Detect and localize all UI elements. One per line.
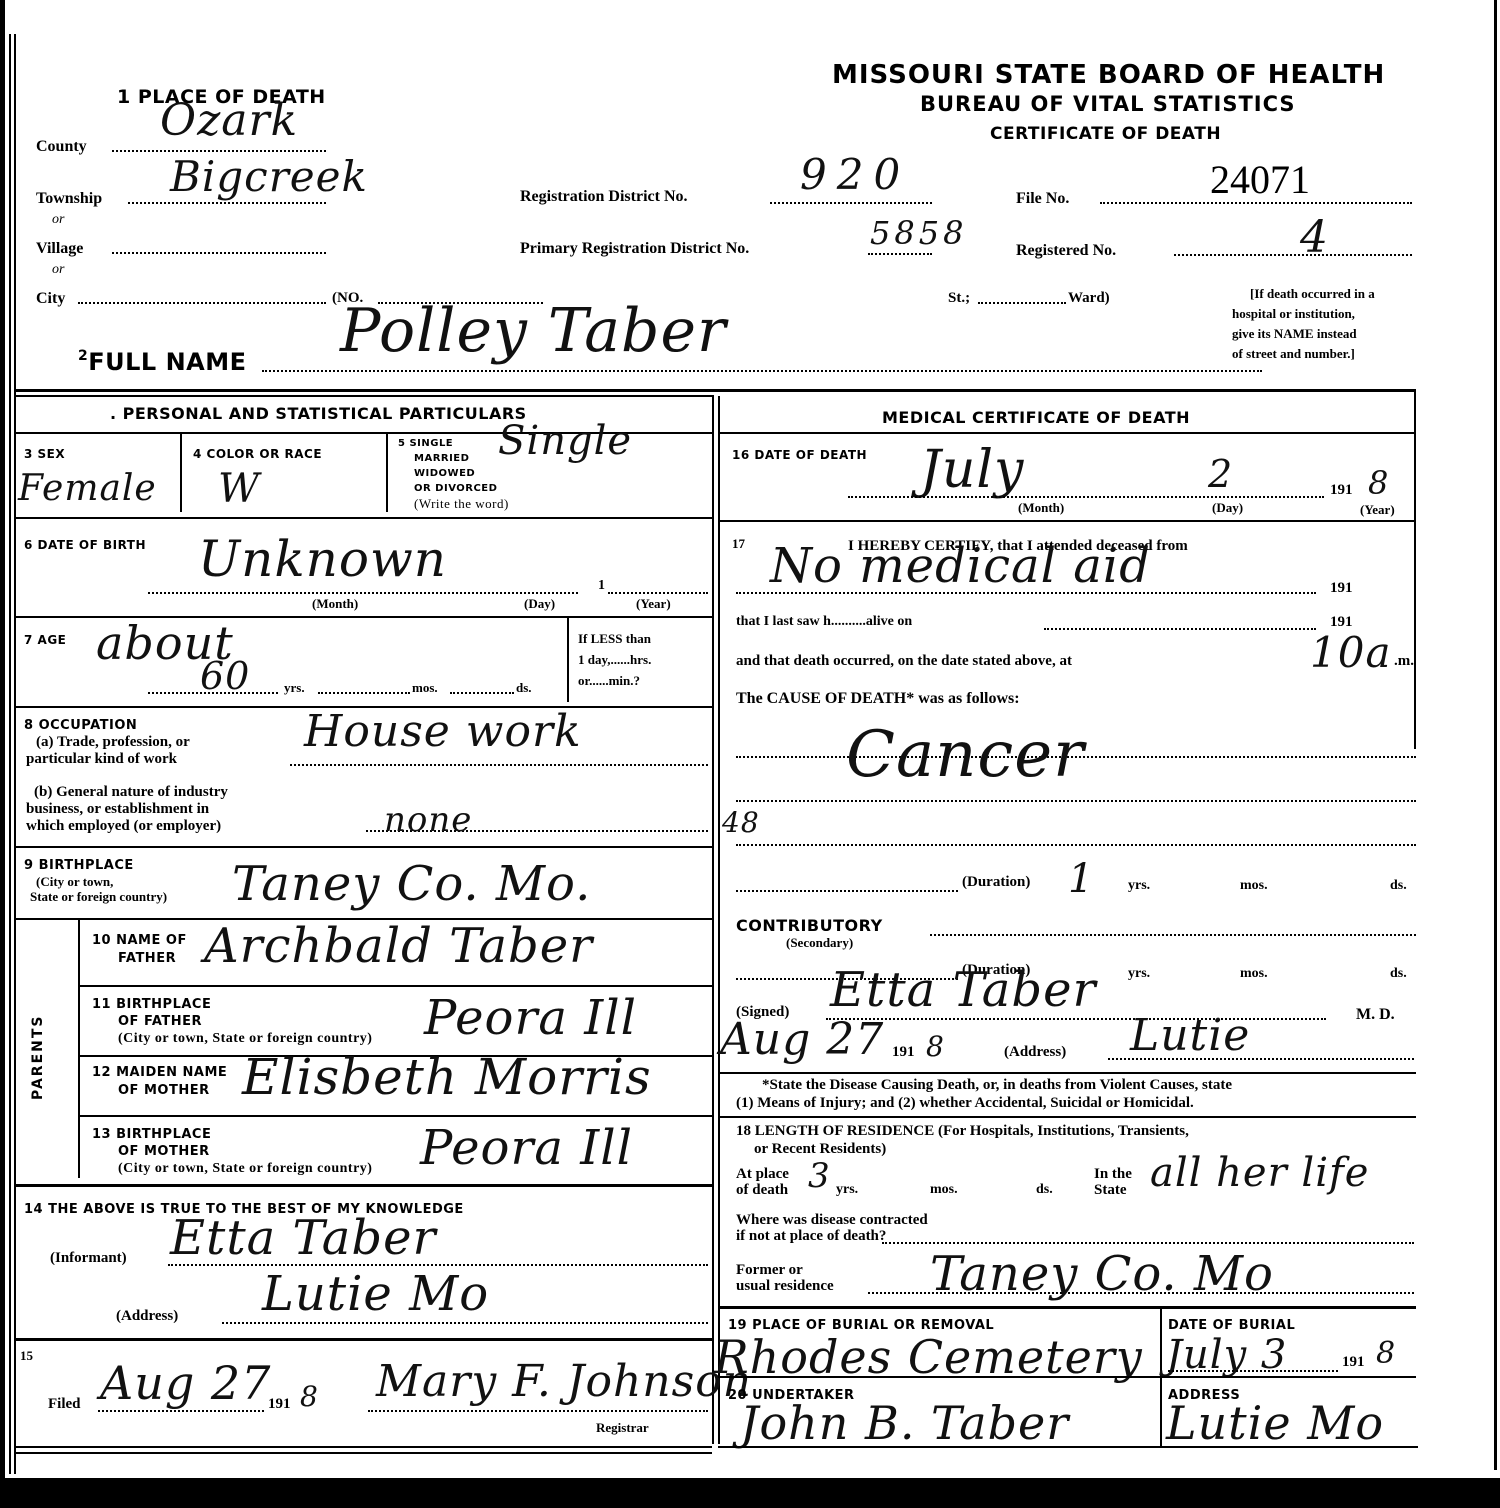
hospital-note-line: of street and number.] [1232,344,1417,364]
residence-label: 18 LENGTH OF RESIDENCE (For Hospitals, I… [736,1122,1189,1158]
occupation-a-line [290,764,708,766]
attended-value[interactable]: No medical aid [770,538,1151,594]
dob-line [148,592,578,594]
dob-value[interactable]: Unknown [198,530,447,588]
mother-birthplace-label: 13 BIRTHPLACE OF MOTHER (City or town, S… [92,1126,372,1177]
registered-no-line [1174,254,1412,256]
date-of-death-year[interactable]: 8 [1368,464,1389,502]
marital-option: 5 SINGLE [398,436,509,451]
divider-top [14,389,1414,392]
signed-value[interactable]: Etta Taber [830,962,1096,1018]
occupation-b-label: (b) General nature of industry business,… [26,784,228,835]
less-than-line: 1 day,......hrs. [578,649,651,670]
township-value[interactable]: Bigcreek [170,152,368,201]
race-value[interactable]: W [218,466,260,512]
full-name-number: 2 [78,348,88,364]
hospital-note: [If death occurred in a hospital or inst… [1232,284,1417,364]
bottom-divider-2 [14,1452,712,1454]
age-ds-line [450,692,514,694]
birthplace-label: 9 BIRTHPLACE [24,858,134,873]
registration-district-value[interactable]: 920 [800,150,910,199]
bottom-divider [14,1446,712,1448]
parents-label: PARENTS [30,1014,46,1100]
last-saw-text: that I last saw h..........alive on [736,614,912,630]
dob-year-caption: (Year) [636,596,671,612]
date-of-death-line [848,496,1324,498]
marital-label: 5 SINGLE MARRIED WIDOWED OR DIVORCED (Wr… [398,436,509,511]
cell-divider [180,432,182,512]
in-state-label-line: State [1094,1182,1132,1198]
cause-value[interactable]: Cancer [846,718,1085,792]
personal-section-title: . PERSONAL AND STATISTICAL PARTICULARS [110,404,527,423]
full-name-line [262,370,1262,372]
less-than-day: If LESS than 1 day,......hrs. or......mi… [578,628,651,691]
at-place-label: At place of death [736,1166,789,1198]
or-label-1: or [52,212,64,228]
duration-label: (Duration) [962,874,1030,891]
occupation-a-line: (a) Trade, profession, or [34,734,190,751]
father-birthplace-label-line: OF FATHER [92,1013,372,1030]
row-divider [718,520,1416,522]
registrar-line [368,1410,708,1412]
contributory-mos: mos. [1240,966,1268,982]
informant-label: (Informant) [50,1250,127,1267]
form-title: CERTIFICATE OF DEATH [990,124,1221,144]
row-divider [14,1338,712,1341]
cause-heading: The CAUSE OF DEATH* was as follows: [736,690,1020,708]
death-time-suffix: .m. [1394,653,1414,670]
death-year-caption: (Year) [1360,502,1395,518]
mother-birthplace-label-line: (City or town, State or foreign country) [92,1160,372,1177]
cell-divider [567,616,569,702]
registered-no-value[interactable]: 4 [1300,212,1329,263]
in-state-label-line: In the [1094,1166,1132,1182]
residence-label-line: 18 LENGTH OF RESIDENCE (For Hospitals, I… [736,1122,1189,1140]
race-label: 4 COLOR OR RACE [193,447,322,461]
in-state-label: In the State [1094,1166,1132,1198]
burial-date-line [1168,1370,1338,1372]
former-residence-label: Former or usual residence [736,1262,834,1294]
parents-divider [78,918,80,1178]
contributory-line [930,934,1416,936]
hospital-note-line: [If death occurred in a [1232,284,1417,304]
registrar-label: Registrar [596,1420,649,1436]
contributory-yrs: yrs. [1128,966,1150,982]
death-time-value[interactable]: 10a [1310,628,1391,677]
registration-district-line [770,202,932,204]
father-name-label-line: FATHER [92,950,187,968]
death-month-caption: (Month) [1018,500,1064,516]
scan-edge-left [0,0,5,1478]
street-label: St.; [948,290,970,307]
age-ds-caption: ds. [516,680,532,696]
occupation-a-label: (a) Trade, profession, or particular kin… [34,734,190,768]
mother-maiden-label-line: OF MOTHER [92,1082,227,1100]
father-birthplace-label-line: (City or town, State or foreign country) [92,1030,372,1047]
at-place-yrs: yrs. [836,1182,858,1198]
occupation-b-line: which employed (or employer) [26,818,228,835]
divider-top-2 [14,395,714,397]
scan-edge-right [1494,0,1497,1470]
city-label: City [36,290,65,308]
occupation-b-value[interactable]: none [384,800,472,840]
county-value[interactable]: Ozark [160,95,298,146]
contracted-label: Where was disease contracted if not at p… [736,1212,928,1244]
primary-registration-district-label: Primary Registration District No. [520,240,749,258]
registered-no-label: Registered No. [1016,242,1116,260]
date-of-death-month[interactable]: July [920,440,1024,500]
age-yrs-caption: yrs. [284,680,305,696]
attended-line [736,592,1316,594]
or-label-2: or [52,262,64,278]
date-of-death-label: 16 DATE OF DEATH [732,448,867,462]
cause-margin-note[interactable]: 48 [722,806,760,839]
file-no-label: File No. [1016,190,1069,208]
contributory-label: CONTRIBUTORY [736,916,883,935]
right-border [1414,389,1416,749]
at-place-mos: mos. [930,1182,958,1198]
occupation-b-line: (b) General nature of industry [26,784,228,801]
bottom-divider [718,1446,1418,1448]
birthplace-sub-line: (City or town, [30,874,167,889]
dob-day-caption: (Day) [524,596,555,612]
father-name-label: 10 NAME OF FATHER [92,932,187,968]
father-birthplace-label-line: 11 BIRTHPLACE [92,996,372,1013]
informant-address-label: (Address) [116,1308,178,1325]
last-saw-line [1044,628,1316,630]
row-divider [78,985,712,987]
at-place-ds: ds. [1036,1182,1053,1198]
sex-label: 3 SEX [24,447,65,461]
signed-line [826,1018,1326,1020]
undertaker-value[interactable]: John B. Taber [740,1396,1069,1450]
marital-instruction: (Write the word) [398,496,509,511]
cause-footnote-line: (1) Means of Injury; and (2) whether Acc… [736,1094,1232,1112]
father-birthplace-value[interactable]: Peora Ill [424,990,637,1046]
in-state-value[interactable]: all her life [1150,1150,1369,1196]
md-label: M. D. [1356,1006,1395,1024]
medical-address-value[interactable]: Lutie [1130,1010,1250,1061]
row-divider [718,1306,1416,1309]
column-divider [712,396,714,1444]
cause-line-3 [736,844,1416,846]
father-name-value[interactable]: Archbald Taber [204,918,593,974]
form-border-left [9,34,11,1474]
mother-birthplace-label-line: OF MOTHER [92,1143,372,1160]
father-birthplace-label: 11 BIRTHPLACE OF FATHER (City or town, S… [92,996,372,1047]
sex-value[interactable]: Female [18,468,157,509]
signed-year-prefix: 191 [892,1044,915,1061]
full-name-value[interactable]: Polley Taber [340,296,727,366]
dob-label: 6 DATE OF BIRTH [24,538,146,552]
occupation-a-line: particular kind of work [26,751,190,768]
signed-date-value[interactable]: Aug 27 [720,1014,884,1065]
mother-maiden-value[interactable]: Elisbeth Morris [242,1048,652,1106]
mother-maiden-label: 12 MAIDEN NAME OF MOTHER [92,1064,227,1100]
row-divider [14,846,712,848]
village-line [112,252,326,254]
occupation-a-value[interactable]: House work [304,706,582,757]
township-line [128,202,326,204]
birthplace-value[interactable]: Taney Co. Mo. [232,856,591,912]
contracted-line [882,1242,1414,1244]
informant-address-value[interactable]: Lutie Mo [262,1266,489,1322]
cell-divider [386,432,388,512]
residence-label-line: or Recent Residents) [736,1140,1189,1158]
marital-option: MARRIED [398,451,509,466]
age-years-line [148,692,278,694]
death-time-text: and that death occurred, on the date sta… [736,653,1072,670]
at-place-years[interactable]: 3 [808,1156,831,1196]
father-name-label-line: 10 NAME OF [92,932,187,950]
contributory-ds: ds. [1390,966,1407,982]
death-day-caption: (Day) [1212,500,1243,516]
informant-address-line [222,1322,708,1324]
marital-option: WIDOWED [398,466,509,481]
date-of-death-year-prefix: 191 [1330,482,1353,499]
row-divider [718,1072,1416,1074]
row-divider [718,1376,1416,1378]
form-border-left-inner [14,34,16,1474]
marital-option: OR DIVORCED [398,481,509,496]
age-label: 7 AGE [24,633,66,647]
primary-registration-district-value[interactable]: 5858 [870,214,967,252]
signed-year-value[interactable]: 8 [926,1030,945,1063]
ward-label: Ward) [1068,290,1110,307]
row-divider [78,1115,712,1117]
mother-birthplace-value[interactable]: Peora Ill [420,1120,633,1176]
registration-district-label: Registration District No. [520,188,688,206]
filed-year-value[interactable]: 8 [300,1380,319,1413]
former-residence-value[interactable]: Taney Co. Mo [930,1246,1274,1302]
primary-registration-district-line [868,253,932,255]
contracted-label-line: Where was disease contracted [736,1212,928,1228]
age-mos-line [318,692,410,694]
duration-mos: mos. [1240,878,1268,894]
former-residence-label-line: usual residence [736,1278,834,1294]
cause-footnote: *State the Disease Causing Death, or, in… [736,1076,1232,1112]
scan-edge-bottom [0,1478,1500,1508]
row-divider [718,1116,1416,1118]
full-name-label: 2FULL NAME [78,348,247,376]
county-label: County [36,138,87,156]
burial-date-label: DATE OF BURIAL [1168,1318,1295,1333]
cause-footnote-line: *State the Disease Causing Death, or, in… [736,1076,1232,1094]
at-place-label-line: At place [736,1166,789,1182]
medical-address-label: (Address) [1004,1044,1066,1061]
filed-date-line [98,1410,264,1412]
ward-line [978,302,1066,304]
file-no-value[interactable]: 24071 [1210,156,1310,203]
birthplace-sub-line: State or foreign country) [30,889,167,904]
registrar-value[interactable]: Mary F. Johnson [376,1356,752,1407]
less-than-line: If LESS than [578,628,651,649]
duration-years[interactable]: 1 [1068,856,1094,902]
city-line [78,302,326,304]
full-name-label-text: FULL NAME [88,348,246,376]
dob-month-caption: (Month) [312,596,358,612]
agency-title: MISSOURI STATE BOARD OF HEALTH [832,60,1385,90]
row-divider [14,1184,712,1187]
mother-maiden-label-line: 12 MAIDEN NAME [92,1064,227,1082]
occupation-b-line: business, or establishment in [26,801,228,818]
hospital-note-line: hospital or institution, [1232,304,1417,324]
mother-birthplace-label-line: 13 BIRTHPLACE [92,1126,372,1143]
filed-year-prefix: 191 [268,1396,291,1413]
village-label: Village [36,240,83,258]
filed-date-value[interactable]: Aug 27 [100,1356,271,1410]
filed-label: Filed [48,1396,81,1413]
at-place-label-line: of death [736,1182,789,1198]
birthplace-sub: (City or town, State or foreign country) [30,874,167,904]
attended-to-year: 191 [1330,580,1353,597]
burial-year-value[interactable]: 8 [1376,1336,1396,1371]
age-mos-caption: mos. [412,680,438,696]
cause-line-2 [736,800,1416,802]
dob-year-line [608,592,708,594]
bureau-title: BUREAU OF VITAL STATISTICS [920,92,1296,116]
burial-year-prefix: 191 [1342,1354,1365,1371]
dob-year-prefix: 1 [598,578,605,594]
occupation-label: 8 OCCUPATION [24,718,137,733]
medical-section-title: MEDICAL CERTIFICATE OF DEATH [882,408,1190,427]
column-divider-2 [718,396,720,1444]
less-than-line: or......min.? [578,670,651,691]
contributory-sub: (Secondary) [786,935,853,951]
undertaker-address-value[interactable]: Lutie Mo [1166,1396,1384,1450]
duration-yrs: yrs. [1128,878,1150,894]
row-divider [718,432,1416,434]
filed-number: 15 [20,1348,33,1364]
duration-ds: ds. [1390,878,1407,894]
former-residence-label-line: Former or [736,1262,834,1278]
date-of-death-day[interactable]: 2 [1208,452,1233,496]
marital-value[interactable]: Single [498,418,632,464]
hospital-note-line: give its NAME instead [1232,324,1417,344]
row-divider [14,517,712,519]
township-label: Township [36,190,102,208]
informant-value[interactable]: Etta Taber [170,1210,436,1266]
certify-number: 17 [732,536,745,552]
duration-line [736,890,958,892]
